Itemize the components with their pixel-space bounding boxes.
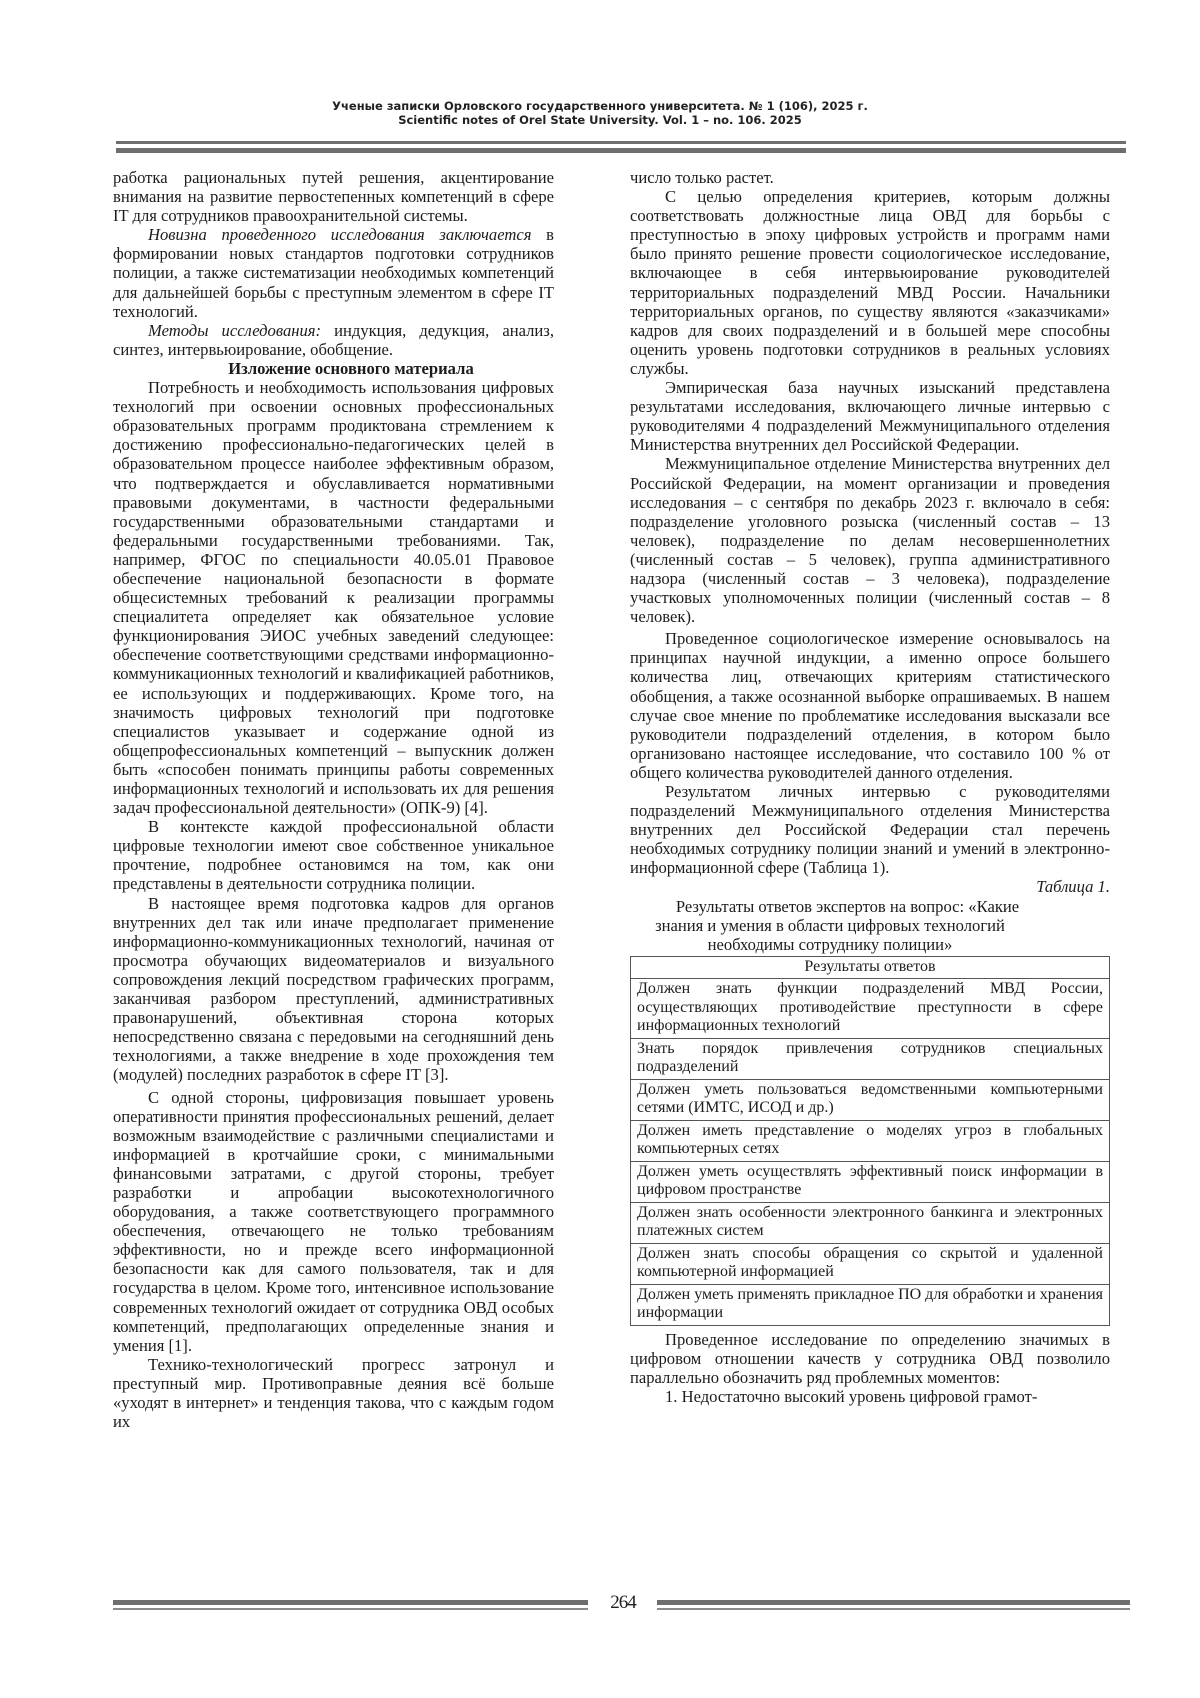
table-header-row: Результаты ответов [631,956,1110,979]
paragraph: В настоящее время подготовка кадров для … [113,894,554,1085]
table-cell: Должен уметь применять прикладное ПО для… [631,1284,1110,1325]
paragraph: С целью определения критериев, которым д… [630,187,1110,378]
table-row: Должен уметь применять прикладное ПО для… [631,1284,1110,1325]
header-rule-thick [116,148,1126,153]
table-row: Должен иметь представление о моделях угр… [631,1120,1110,1161]
running-header-russian: Ученые записки Орловского государственно… [0,99,1200,113]
paragraph: число только растет. [630,168,1110,187]
table-header-cell: Результаты ответов [631,956,1110,979]
table-row: Должен уметь осуществлять эффективный по… [631,1161,1110,1202]
paragraph: В контексте каждой профессиональной обла… [113,817,554,893]
novelty-lead: Новизна проведенного исследования заключ… [148,225,531,244]
paragraph: С одной стороны, цифровизация повышает у… [113,1088,554,1355]
footer-rule-left-thick [113,1600,588,1605]
paragraph: Эмпирическая база научных изысканий пред… [630,378,1110,454]
table-cell: Должен иметь представление о моделях угр… [631,1120,1110,1161]
paragraph: Потребность и необходимость использовани… [113,378,554,817]
table-cell: Должен уметь осуществлять эффективный по… [631,1161,1110,1202]
paragraph: работка рациональных путей решения, акце… [113,168,554,225]
paragraph: Технико-технологический прогресс затрону… [113,1355,554,1431]
table-row: Знать порядок привлечения сотрудников сп… [631,1038,1110,1079]
footer-rule-right-thick [657,1600,1130,1605]
running-header-english: Scientific notes of Orel State Universit… [0,113,1200,127]
right-column: число только растет. С целью определения… [630,168,1110,1406]
table-cell: Должен уметь пользоваться ведомственными… [631,1079,1110,1120]
header-rule-thin [116,141,1126,144]
numbered-item: 1. Недостаточно высокий уровень цифровой… [630,1387,1110,1406]
running-header: Ученые записки Орловского государственно… [0,99,1200,127]
paragraph: Межмуниципальное отделение Министерства … [630,454,1110,626]
table-cell: Должен знать способы обращения со скрыто… [631,1243,1110,1284]
paragraph: Проведенное социологическое измерение ос… [630,629,1110,782]
page-number: 264 [590,1592,656,1614]
methods-paragraph: Методы исследования: индукция, дедукция,… [113,321,554,359]
table-label: Таблица 1. [630,877,1110,896]
table-row: Должен знать функции подразделений МВД Р… [631,979,1110,1039]
results-table: Результаты ответов Должен знать функции … [630,956,1110,1326]
table-caption: Результаты ответов экспертов на вопрос: … [630,897,1030,954]
table-row: Должен знать особенности электронного ба… [631,1202,1110,1243]
paragraph: Результатом личных интервью с руководите… [630,782,1110,877]
table-row: Должен знать способы обращения со скрыто… [631,1243,1110,1284]
section-heading: Изложение основного материала [113,359,554,378]
paragraph: Проведенное исследование по определению … [630,1330,1110,1387]
novelty-paragraph: Новизна проведенного исследования заключ… [113,225,554,320]
left-column: работка рациональных путей решения, акце… [113,168,554,1431]
methods-lead: Методы исследования: [148,321,321,340]
footer-rule-left-thin [113,1608,588,1610]
table-cell: Должен знать функции подразделений МВД Р… [631,979,1110,1039]
table-cell: Знать порядок привлечения сотрудников сп… [631,1038,1110,1079]
footer-rule-right-thin [657,1608,1130,1610]
table-cell: Должен знать особенности электронного ба… [631,1202,1110,1243]
table-row: Должен уметь пользоваться ведомственными… [631,1079,1110,1120]
